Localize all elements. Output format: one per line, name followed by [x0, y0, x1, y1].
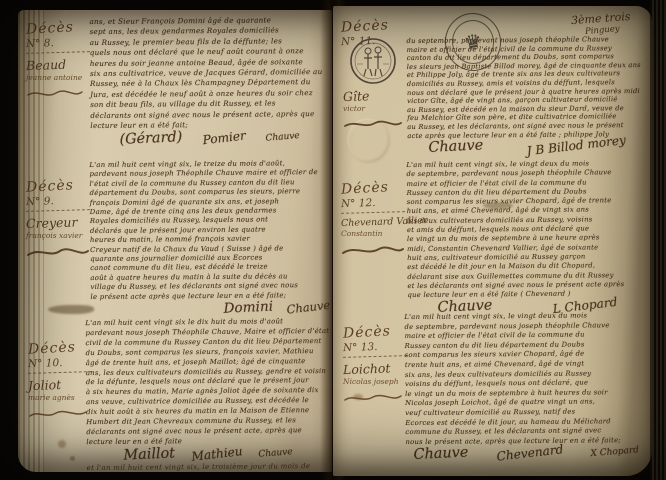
fox-spot [70, 456, 75, 461]
entry-type-label: Décès [343, 322, 410, 341]
flourish-icon [28, 407, 88, 420]
signatures: DominiChauve [91, 303, 331, 315]
book-edge-pages [650, 0, 666, 480]
deceased-given-names: victor [343, 104, 409, 113]
margin-divider [28, 371, 92, 374]
signatures: MaillotMathieuChauve [86, 449, 330, 461]
signatures: ChauveChevenardX Chopard [406, 448, 648, 460]
deceased-given-names: françois xavier [26, 231, 92, 240]
act-line: déclarants ont signé avec nous le présen… [90, 109, 328, 121]
act-line: le présent acte après que lecture leur e… [90, 291, 330, 303]
signature: Maillot [124, 449, 176, 461]
entry-number: N° 8. [26, 36, 92, 50]
signature: Chauve [265, 132, 300, 145]
signature: J B Billod morey [526, 136, 626, 156]
margin-entry-11-name: Gîte victor [343, 88, 409, 130]
flourish-icon [343, 391, 403, 404]
page-note: 3ème trois Pinguey [571, 12, 630, 35]
deceased-given-names: Nicolas joseph [343, 377, 409, 386]
deceased-surname: Chevenard Vallier [341, 216, 407, 229]
death-act-8: ans, et Sieur François Domini âgé de qua… [89, 15, 328, 145]
signature: Chauve [258, 448, 293, 461]
act-text: du septembre, pardevant nous joseph théo… [407, 35, 648, 140]
left-page: Décès N° 8. Beaud jeanne antoine Décès N… [18, 10, 332, 472]
entry-type-label: Décès [26, 176, 93, 195]
deceased-surname: Beaud [26, 56, 92, 73]
signature: (Gérard) [119, 133, 182, 146]
death-act-10: L'an mil huit cent vingt six le dix huit… [85, 317, 330, 474]
act-line: lecture leur en a été fait; [90, 119, 328, 131]
signature: Chauve [429, 142, 484, 153]
margin-entry-13: Décès N° 13. Loichot Nicolas joseph [343, 324, 409, 404]
death-act-9: L'an mil huit cent vingt six, le treize … [89, 159, 330, 315]
margin-entry-11: Décès N° 11. [341, 18, 407, 47]
signature: Domini [223, 303, 273, 315]
entry-number: N° 10. [28, 356, 94, 370]
entry-number: N° 9. [26, 194, 92, 208]
deceased-surname: Gîte [343, 87, 409, 104]
deceased-surname: Joliot [28, 376, 94, 393]
death-act-12: L'an mil huit cent vingt six, le vingt d… [406, 159, 647, 313]
death-act-11: du septembre, pardevant nous joseph théo… [407, 35, 648, 152]
signatures: (Gérard)PomierChauve [90, 132, 328, 144]
entry-number: N° 13. [343, 340, 409, 354]
margin-entry-9: Décès N° 9. Creyeur françois xavier [26, 178, 92, 259]
entry-number: N° 12. [341, 196, 407, 210]
signature: Chauve [413, 449, 468, 461]
margin-divider [26, 51, 90, 54]
deceased-surname: Loichot [343, 360, 409, 377]
ink-smudge [48, 305, 94, 314]
act-text: L'an mil huit cent vingt six le dix huit… [85, 317, 330, 448]
fox-spot [58, 440, 66, 448]
margin-entry-10: Décès N° 10. Joliot marie agnès [28, 340, 94, 420]
act-line: lecture leur en a été faite [86, 436, 330, 448]
deceased-given-names: Constantin [341, 229, 407, 238]
signature: Pomier [202, 131, 246, 146]
signature: Chevenard [496, 446, 564, 463]
flourish-icon [26, 245, 90, 259]
margin-entry-12: Décès N° 12. Chevenard Vallier Constanti… [341, 180, 407, 257]
entry-type-label: Décès [28, 338, 95, 357]
margin-divider [341, 211, 405, 214]
margin-entry-8: Décès N° 8. Beaud jeanne antoine [26, 20, 92, 99]
act-text: L'an mil huit cent vingt six, le treize … [89, 159, 330, 302]
act-text: L'an mil huit cent vingt six, le vingt d… [406, 159, 647, 301]
deceased-surname: Creyeur [26, 214, 92, 231]
deceased-given-names: marie agnès [28, 393, 94, 402]
flourish-icon [343, 118, 403, 130]
signature: Mathieu [191, 447, 243, 463]
signature: X Chopard [591, 447, 640, 460]
flourish-icon [341, 243, 405, 257]
death-act-13: L'an mil huit cent vingt six, le vingt d… [404, 311, 647, 460]
margin-divider [343, 355, 407, 358]
signatures: ChauveJ B Billod morey [407, 141, 647, 152]
act-text: L'an mil huit cent vingt six, le vingt d… [404, 311, 647, 447]
entry-type-label: Décès [341, 178, 408, 197]
deceased-given-names: jeanne antoine [26, 73, 92, 82]
entry-type-label: Décès [341, 16, 408, 35]
right-page: 3ème trois Pinguey ♛ Décès N° 11. Gîte v… [333, 6, 652, 476]
act-text: ans, et Sieur François Domini âgé de qua… [89, 15, 328, 132]
entry-number: N° 11. [341, 34, 407, 48]
register-scan: Décès N° 8. Beaud jeanne antoine Décès N… [0, 0, 666, 480]
flourish-icon [26, 87, 84, 99]
entry-type-label: Décès [26, 18, 93, 37]
margin-divider [26, 209, 90, 212]
act-line: déclarants ont signé avec nous le présen… [86, 426, 330, 438]
